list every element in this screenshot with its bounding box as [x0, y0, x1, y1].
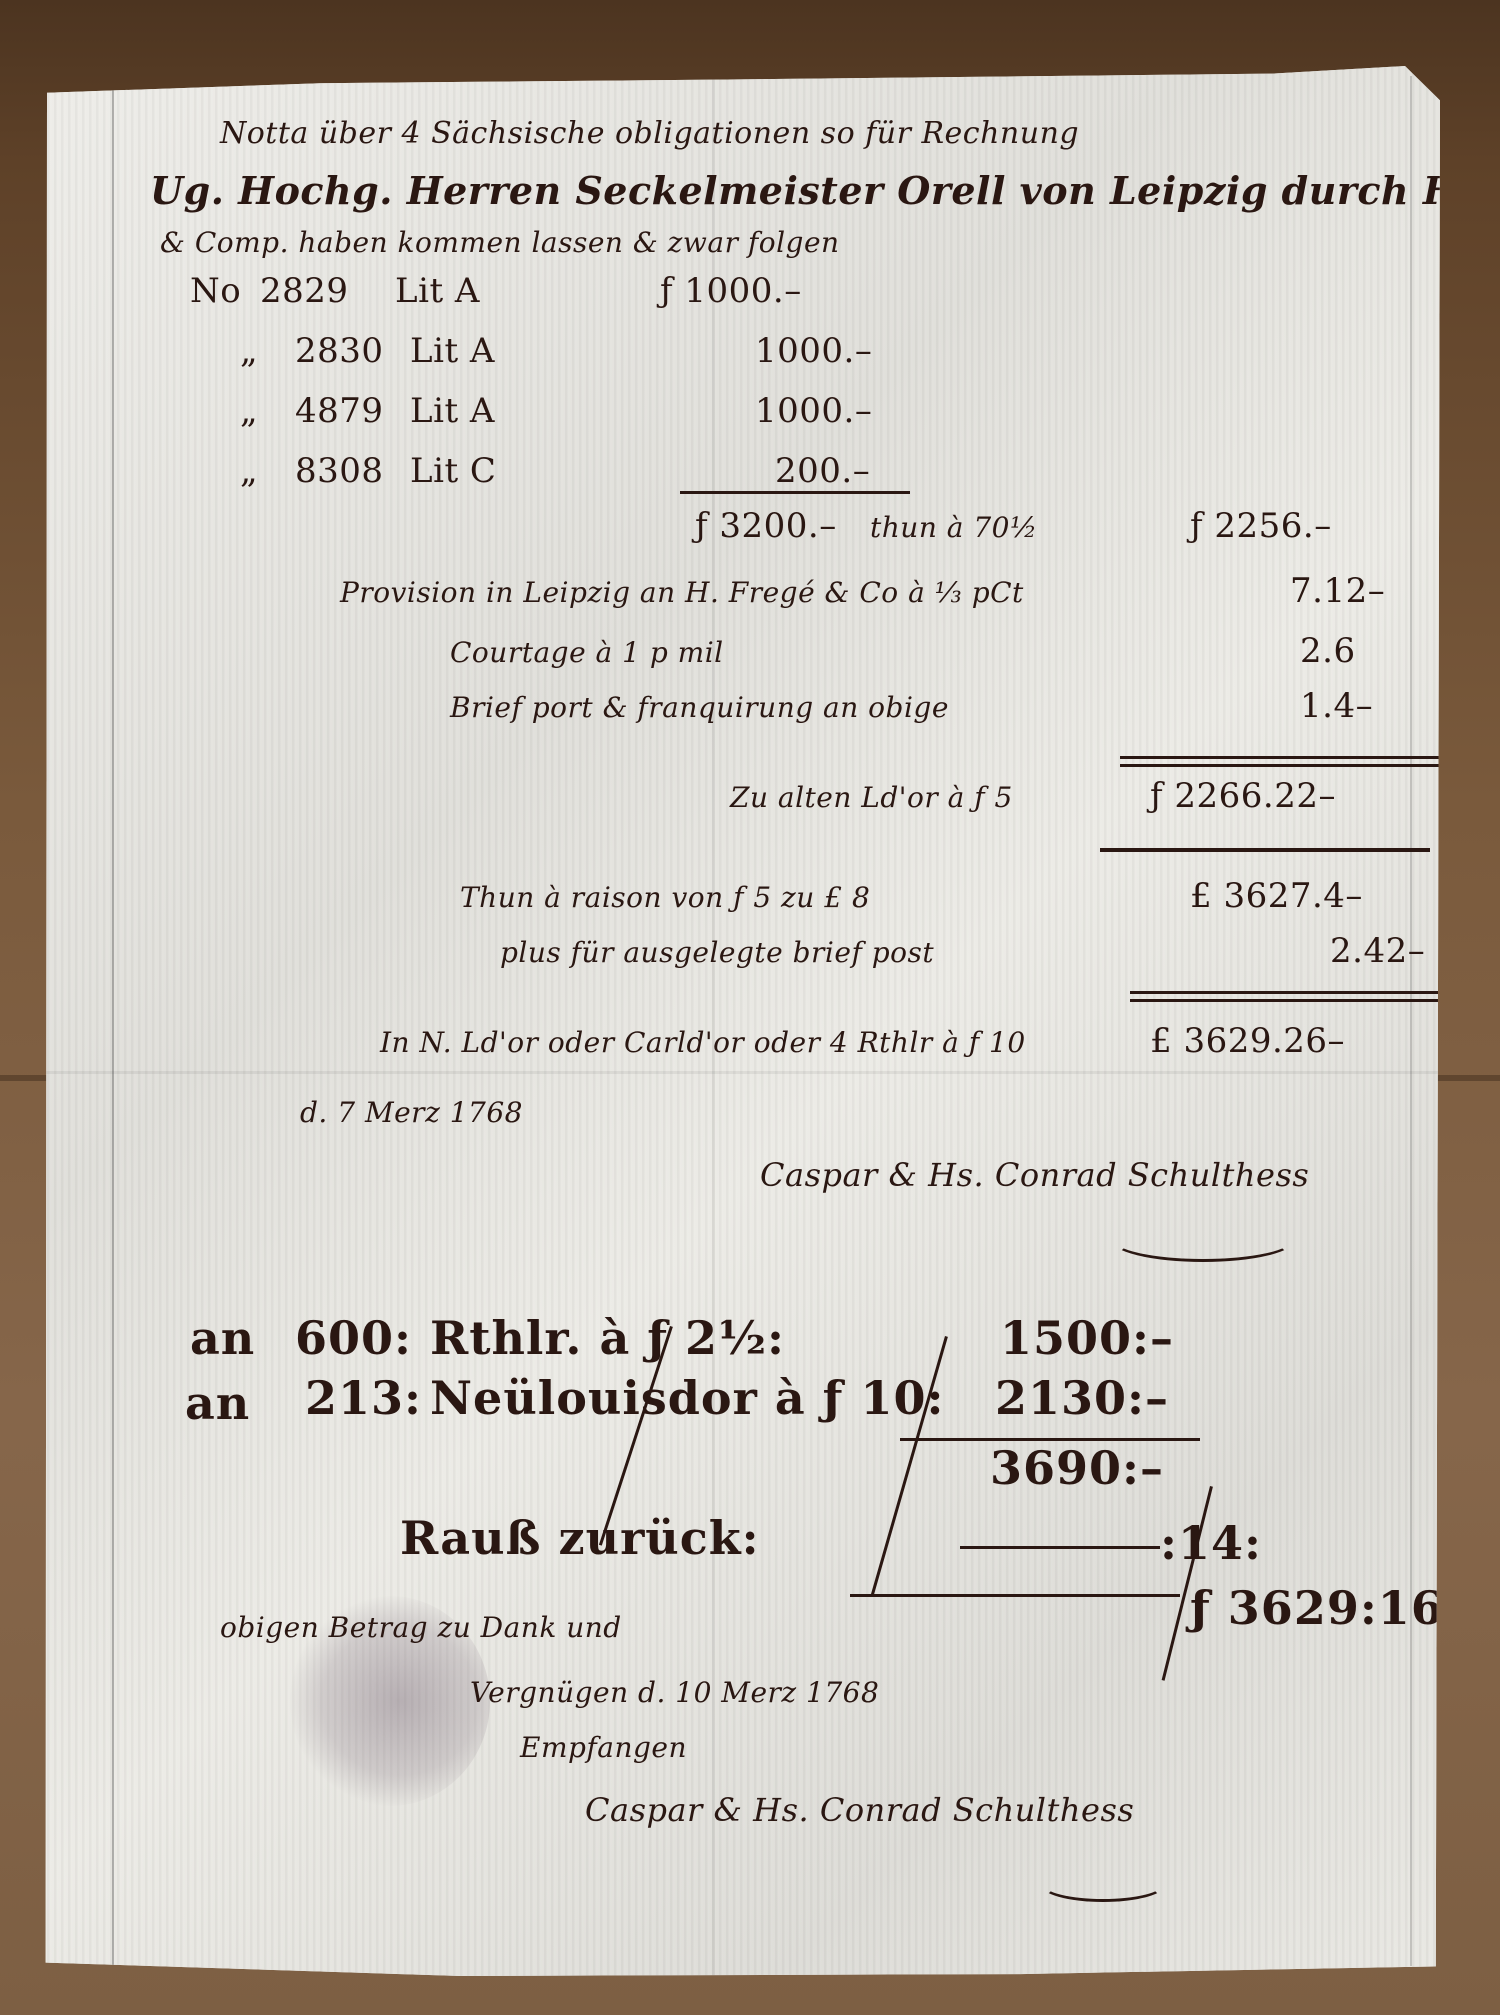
settlement-qty: 600: — [295, 1311, 412, 1365]
signature-2: Caspar & Hs. Conrad Schulthess — [585, 1791, 1134, 1829]
horizontal-fold — [40, 1071, 1440, 1074]
conversion-amount: £ 3627.4– — [1190, 876, 1363, 916]
conversion-label: Thun à raison von ƒ 5 zu £ 8 — [460, 881, 870, 914]
settlement-total-rule — [850, 1594, 1180, 1597]
total-new-amount: £ 3629.26– — [1150, 1021, 1345, 1061]
bond-number: 2830 — [295, 331, 384, 371]
row-prefix: No — [190, 271, 241, 311]
signature-2-flourish — [1040, 1866, 1166, 1902]
date-1: d. 7 Merz 1768 — [300, 1096, 523, 1129]
bond-letter: Lit A — [410, 391, 495, 431]
settlement-label: Neülouisdor à ƒ 10: — [430, 1371, 944, 1425]
flourish-rule — [1100, 848, 1430, 852]
subtotal-value: ƒ 2256.– — [1190, 506, 1332, 546]
receipt-line-1: obigen Betrag zu Dank und — [220, 1611, 622, 1644]
bond-amount: 1000.– — [755, 331, 872, 371]
bond-amount: ƒ 1000.– — [660, 271, 802, 311]
subtotal-nominal: ƒ 3200.– — [695, 506, 837, 546]
charge-courtage-amount: 2.6 — [1300, 631, 1356, 671]
bond-letter: Lit A — [395, 271, 480, 311]
bond-number: 8308 — [295, 451, 384, 491]
settlement-prefix: an — [190, 1311, 255, 1365]
row-prefix: „ — [240, 391, 258, 431]
signature-flourish — [1110, 1216, 1296, 1262]
bond-letter: Lit C — [410, 451, 496, 491]
bond-number: 2829 — [260, 271, 349, 311]
refund-dash — [960, 1546, 1160, 1549]
subtotal-rate: thun à 70½ — [870, 511, 1038, 544]
refund-label: Rauß zurück: — [400, 1511, 760, 1565]
postage-extra-amount: 2.42– — [1330, 931, 1425, 971]
receipt-line-2: Vergnügen d. 10 Merz 1768 — [470, 1676, 879, 1709]
grand-rule-bottom — [1130, 999, 1440, 1002]
bond-number: 4879 — [295, 391, 384, 431]
signature-1: Caspar & Hs. Conrad Schulthess — [760, 1156, 1309, 1194]
settlement-total: ƒ 3629:16 — [1190, 1581, 1444, 1635]
charge-courtage-label: Courtage à 1 p mil — [450, 636, 724, 669]
charge-postage-label: Brief port & franquirung an obige — [450, 691, 949, 724]
right-margin-line — [1410, 76, 1412, 1966]
settlement-prefix: an — [185, 1376, 250, 1430]
settlement-qty: 213: — [305, 1371, 422, 1425]
charge-postage-amount: 1.4– — [1300, 686, 1373, 726]
subtotal-rule — [680, 491, 910, 494]
charge-provision-label: Provision in Leipzig an H. Fregé & Co à … — [340, 576, 1024, 609]
bond-amount: 200.– — [775, 451, 870, 491]
total-rule-bottom — [1120, 764, 1440, 767]
receipt-line-3: Empfangen — [520, 1731, 687, 1764]
grand-rule-top — [1130, 991, 1440, 994]
charge-provision-amount: 7.12– — [1290, 571, 1385, 611]
settlement-sum: 3690:– — [990, 1441, 1164, 1495]
row-prefix: „ — [240, 331, 258, 371]
total-old-label: Zu alten Ld'or à ƒ 5 — [730, 781, 1013, 814]
settlement-amount: 1500:– — [1000, 1311, 1174, 1365]
header-line-2: Ug. Hochg. Herren Seckelmeister Orell vo… — [150, 168, 1500, 213]
refund-amount: :14: — [1160, 1516, 1262, 1570]
total-rule-top — [1120, 756, 1440, 759]
header-line-3: & Comp. haben kommen lassen & zwar folge… — [160, 226, 840, 259]
settlement-amount: 2130:– — [995, 1371, 1169, 1425]
row-prefix: „ — [240, 451, 258, 491]
settlement-label: Rthlr. à ƒ 2½: — [430, 1311, 785, 1365]
left-margin-line — [112, 76, 114, 1966]
bond-letter: Lit A — [410, 331, 495, 371]
total-old-amount: ƒ 2266.22– — [1150, 776, 1336, 816]
document-sheet: Notta über 4 Sächsische obligationen so … — [40, 66, 1440, 1976]
header-line-1: Notta über 4 Sächsische obligationen so … — [220, 116, 1079, 151]
bond-amount: 1000.– — [755, 391, 872, 431]
postage-extra-label: plus für ausgelegte brief post — [500, 936, 934, 969]
total-new-label: In N. Ld'or oder Carld'or oder 4 Rthlr à… — [380, 1026, 1026, 1059]
